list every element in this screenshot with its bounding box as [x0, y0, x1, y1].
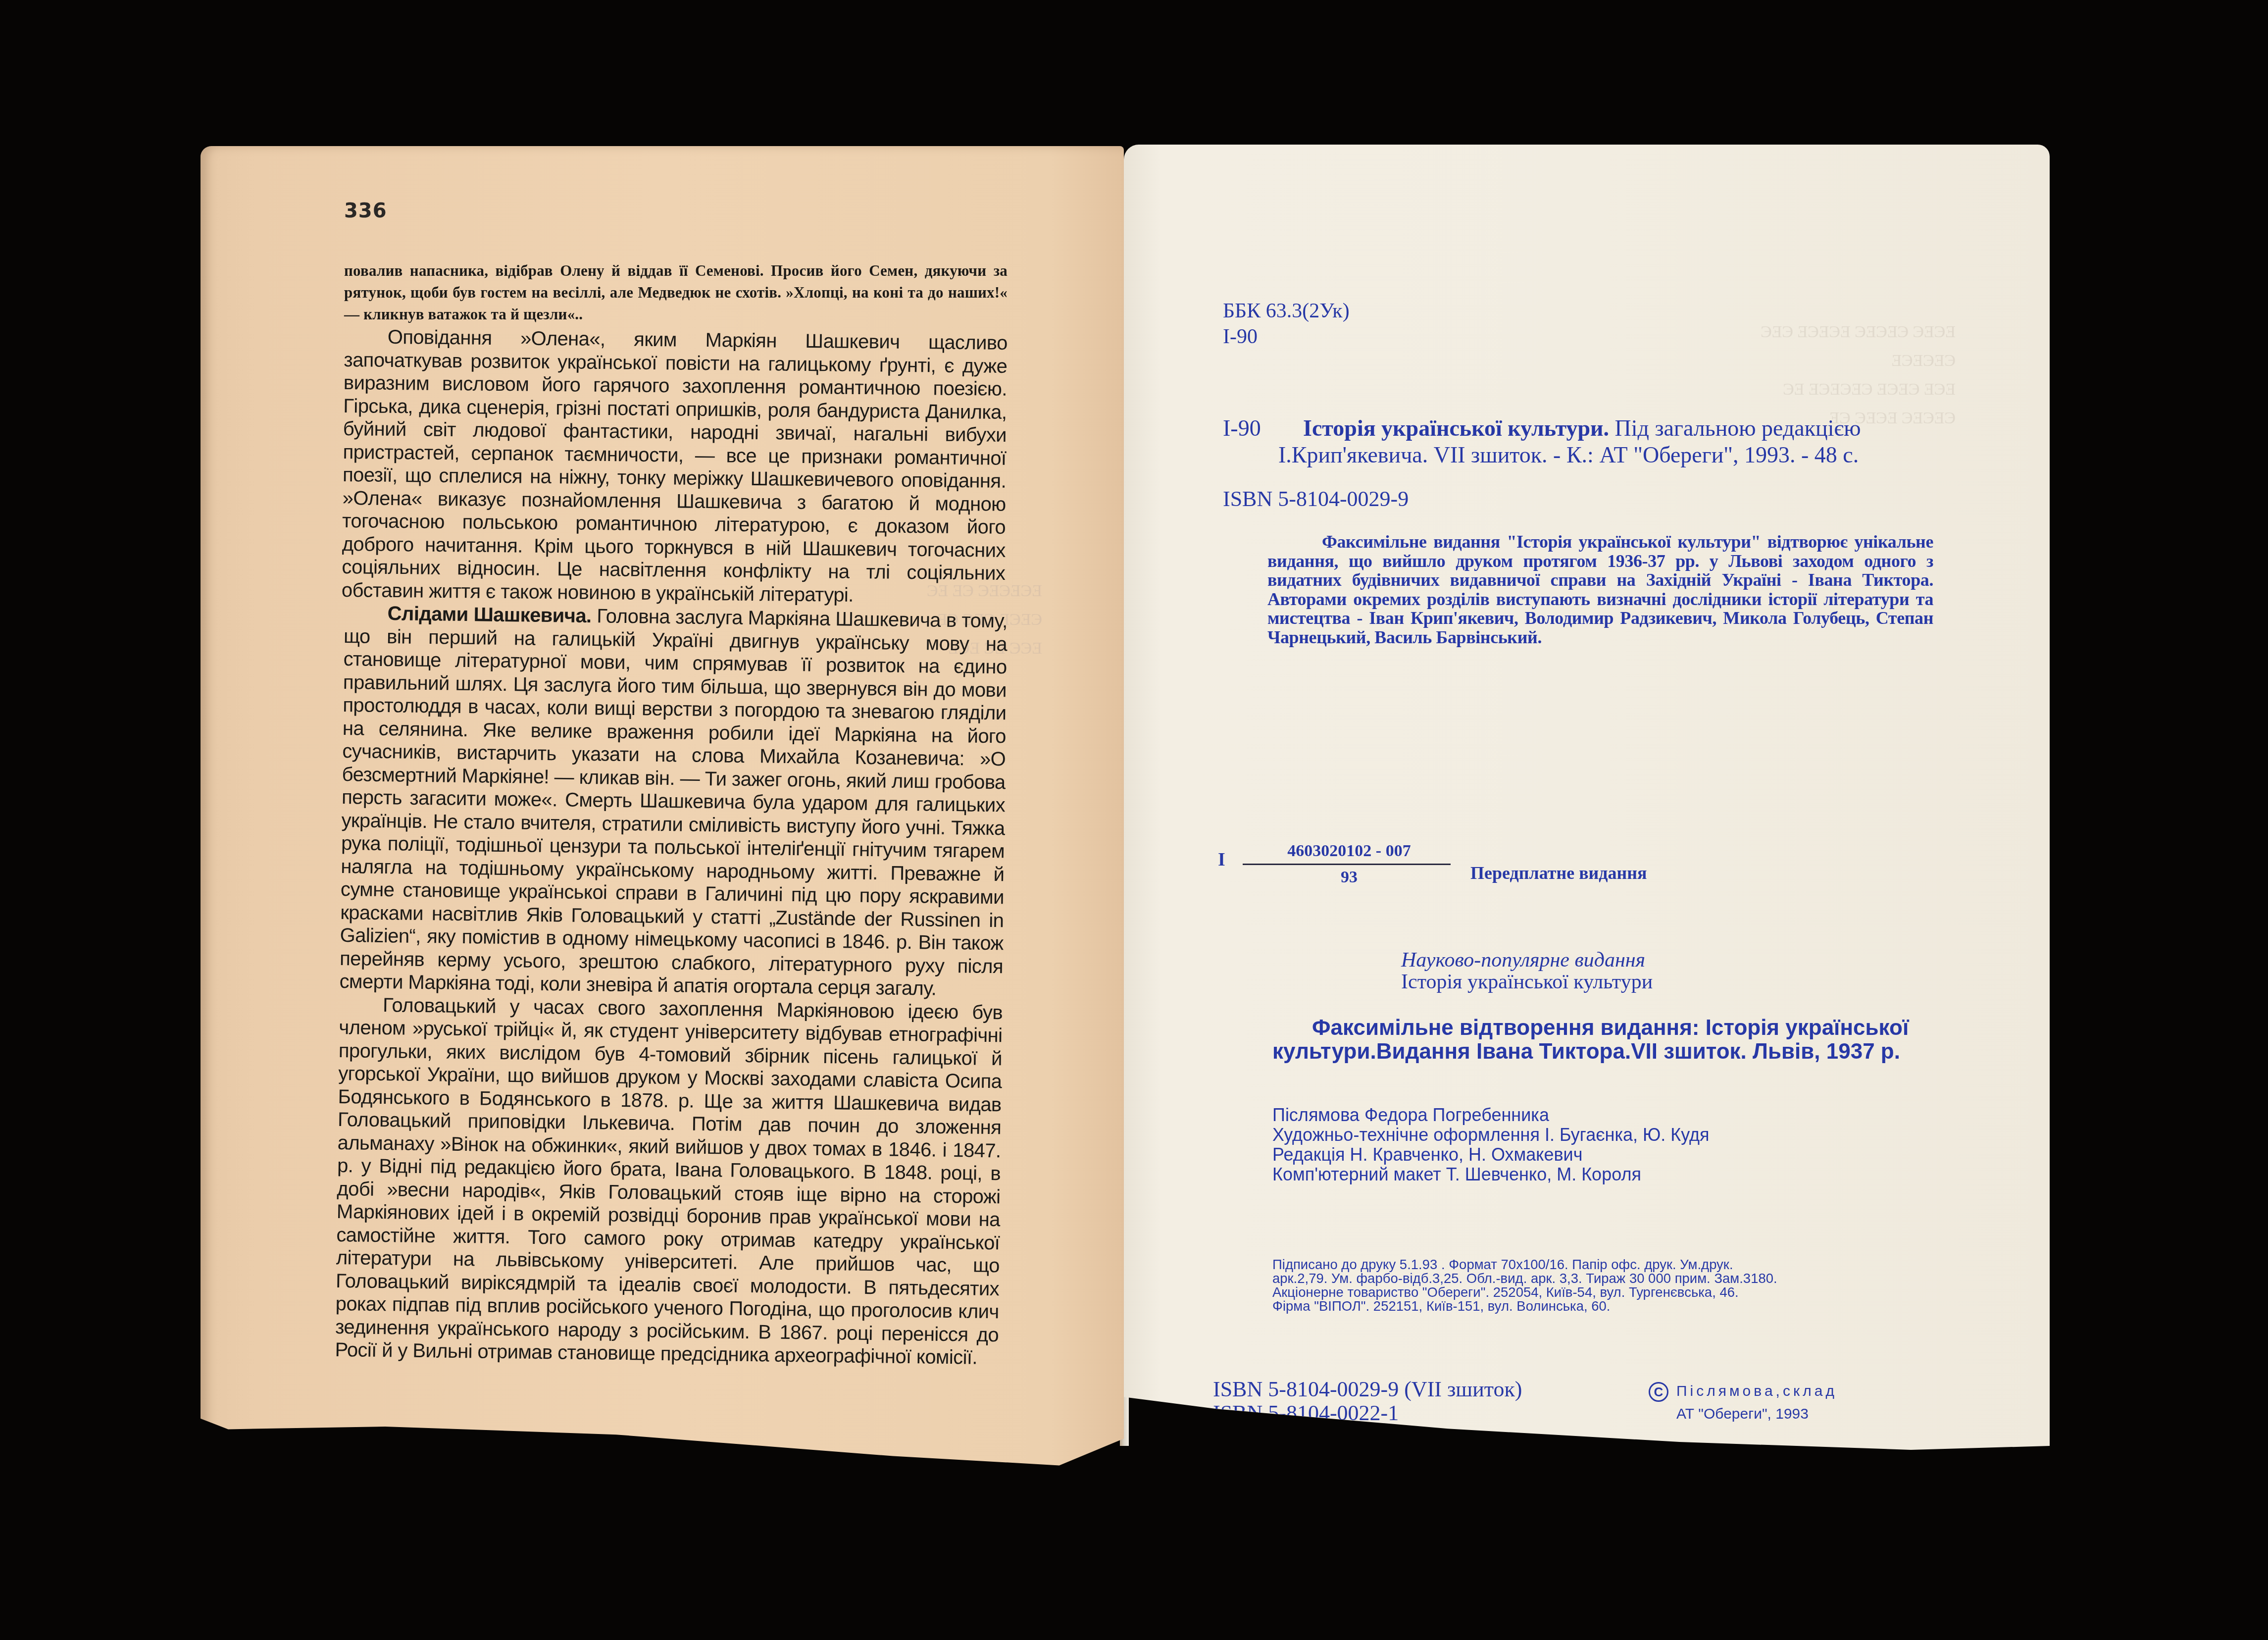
copyright-icon: C [1649, 1382, 1668, 1402]
index-numerator: 4603020102 - 007 [1243, 842, 1456, 861]
index-denominator: 93 [1243, 868, 1456, 887]
copyright-holder: Післямова,склад [1676, 1383, 1837, 1399]
credit-line: Художньо-технічне оформлення І. Бугаєнка… [1272, 1125, 1710, 1145]
paragraph-olena: Оповідання »Олена«, яким Маркіян Шашкеви… [342, 325, 1008, 608]
bbk-classification: ББК 63.3(2Ук) І-90 [1223, 298, 1350, 350]
credit-line: Післямова Федора Погребенника [1272, 1105, 1710, 1125]
section-heading: Слідами Шашкевича. [387, 603, 591, 627]
reproduction-text: Факсимільне відтворення видання: Історія… [1272, 1016, 1909, 1064]
publication-index-fraction: 4603020102 - 007 93 [1243, 842, 1456, 887]
bbk-code: ББК 63.3(2Ук) [1223, 298, 1350, 324]
credit-line: Комп'ютерний макет Т. Шевченко, М. Корол… [1272, 1165, 1710, 1184]
left-page: ЕЄЕЄЕЄ ЄЕ ЕЄЄЕЄЕ ЄЕЄ ЄЕЕЄЄ ЕЄ ЕЄЕ 336 по… [201, 146, 1124, 1486]
index-code: І-90 [1223, 324, 1350, 350]
isbn-line: ISBN 5-8104-0022-1 [1213, 1401, 1522, 1425]
subscription-label: Передплатне видання [1470, 863, 1647, 883]
print-line: Фірма "ВІПОЛ". 252151, Київ-151, вул. Во… [1272, 1299, 1777, 1313]
publication-index-prefix: І [1218, 849, 1225, 871]
page-number: 336 [344, 200, 387, 222]
catalog-entry: І-90 Історія української культури. Під з… [1223, 415, 1926, 468]
print-info: Підписано до друку 5.1.93 . Формат 70х10… [1272, 1258, 1777, 1313]
paragraph-text: Оповідання »Олена«, яким Маркіян Шашкеви… [342, 326, 1008, 606]
credits: Післямова Федора Погребенника Художньо-т… [1272, 1105, 1710, 1184]
isbn-main: ISBN 5-8104-0029-9 [1223, 486, 1409, 512]
print-line: Акціонерне товариство "Обереги". 252054,… [1272, 1285, 1777, 1299]
copyright-publisher: АТ "Обереги", 1993 [1649, 1403, 1837, 1426]
paragraph-text: Головна заслуга Маркіяна Шашкевича в том… [339, 605, 1008, 999]
edition-title: Історія української культури [1401, 971, 1653, 993]
print-line: арк.2,79. Ум. фарбо-відб.3,25. Обл.-вид.… [1272, 1272, 1777, 1285]
copyright: CПіслямова,склад АТ "Обереги", 1993 [1649, 1380, 1837, 1426]
quote-paragraph: повалив напасника, відібрав Олену й відд… [344, 260, 1008, 325]
print-line: Підписано до друку 5.1.93 . Формат 70х10… [1272, 1258, 1777, 1272]
right-page: ЕЄЕЄ ЄЕЄЕЄ ЕЄЕЄЕ ЄЕЄЄЕЄЕЄЕЕЄЕ ЄЕЄЕ ЄЕЄЕЄ… [1124, 145, 2050, 1466]
credit-line: Редакція Н. Кравченко, Н. Охмакевич [1272, 1145, 1710, 1165]
fraction-line [1243, 864, 1451, 865]
catalog-title: Історія української культури. [1303, 415, 1609, 441]
section-slidamy: Слідами Шашкевича. Головна заслуга Маркі… [335, 602, 1008, 1370]
edition-info: Науково-популярне видання Історія україн… [1401, 949, 1653, 993]
isbn-line: ISBN 5-8104-0029-9 (VII зшиток) [1213, 1378, 1522, 1401]
catalog-index: І-90 [1223, 415, 1261, 442]
description-text: Факсимільне видання "Історія української… [1267, 532, 1933, 647]
isbn-list: ISBN 5-8104-0029-9 (VII зшиток) ISBN 5-8… [1213, 1378, 1522, 1425]
facsimile-description: Факсимільне видання "Історія української… [1267, 532, 1933, 647]
edition-type: Науково-популярне видання [1401, 949, 1653, 971]
facsimile-reproduction: Факсимільне відтворення видання: Історія… [1272, 1016, 1916, 1064]
paragraph-text: Головацький у часах свого захоплення Мар… [335, 994, 1003, 1369]
